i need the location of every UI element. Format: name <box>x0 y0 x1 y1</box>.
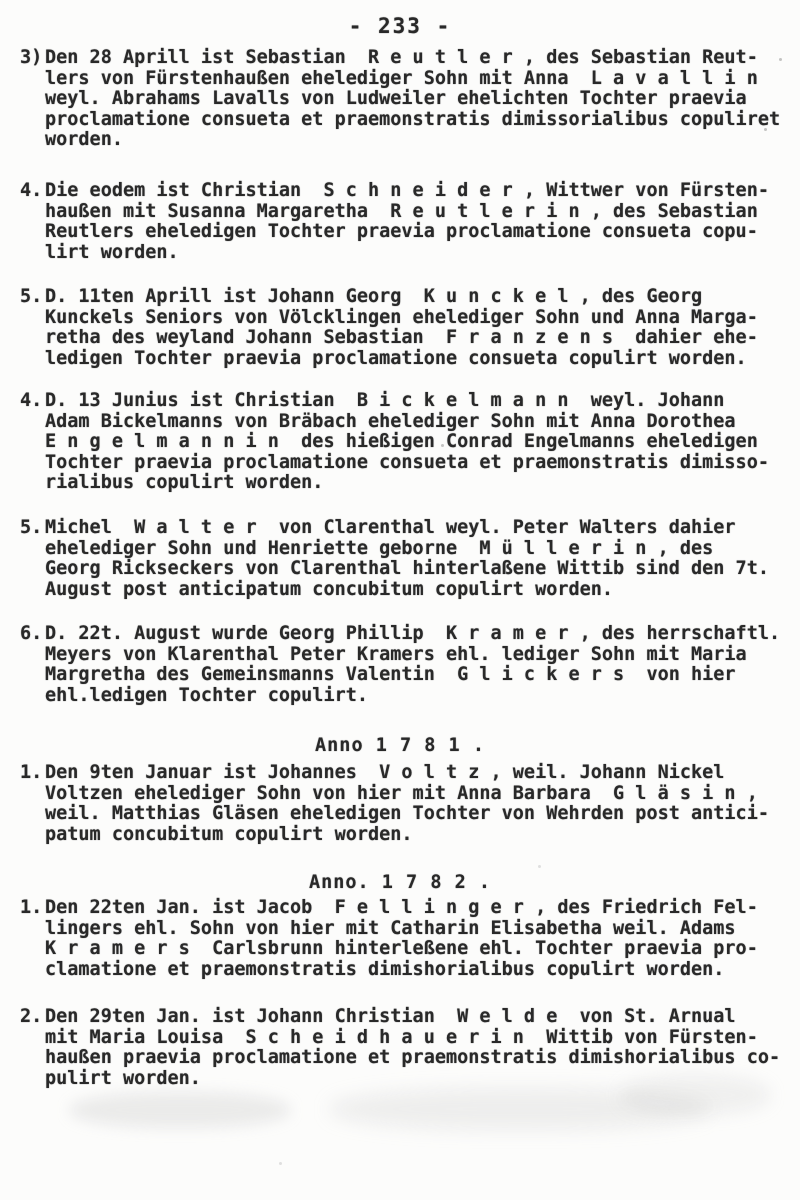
entry-line: weil. Matthias Gläsen eheledigen Tochter… <box>45 804 796 824</box>
entry-line: K r a m e r s Carlsbrunn hinterleßene eh… <box>45 939 796 959</box>
entry-text: D. 11ten Aprill ist Johann Georg K u n c… <box>45 287 796 369</box>
entry-line: Georg Rickseckers von Clarenthal hinterl… <box>45 559 796 579</box>
entry-line: mit Maria Louisa S c h e i d h a u e r i… <box>45 1028 796 1048</box>
entry-number: 5. <box>20 287 42 308</box>
entry-text: Den 28 Aprill ist Sebastian R e u t l e … <box>45 48 796 151</box>
entry-line: Tochter praevia proclamatione consueta e… <box>45 453 796 473</box>
register-entry: 2.Den 29ten Jan. ist Johann Christian W … <box>0 1007 800 1089</box>
entry-line: Meyers von Klarenthal Peter Kramers ehl.… <box>45 645 796 665</box>
register-entry: 4.Die eodem ist Christian S c h n e i d … <box>0 181 800 263</box>
scanned-register-page: - 233 -3)Den 28 Aprill ist Sebastian R e… <box>0 0 800 1200</box>
scan-speck <box>538 865 541 868</box>
entry-number: 4. <box>20 391 42 412</box>
register-entry: 5.D. 11ten Aprill ist Johann Georg K u n… <box>0 287 800 369</box>
entry-line: ehelediger Sohn und Henriette geborne M … <box>45 539 796 559</box>
entry-number: 4. <box>20 181 42 202</box>
register-entry: 1.Den 9ten Januar ist Johannes V o l t z… <box>0 763 800 845</box>
register-entry: 5.Michel W a l t e r von Clarenthal weyl… <box>0 518 800 600</box>
entry-line: E n g e l m a n n i n des hießigen Conra… <box>45 432 796 452</box>
entry-line: ehl.ledigen Tochter copulirt. <box>45 686 796 706</box>
entry-line: rialibus copulirt worden. <box>45 473 796 493</box>
entry-line: August post anticipatum concubitum copul… <box>45 580 796 600</box>
entry-line: weyl. Abrahams Lavalls von Ludweiler ehe… <box>45 89 796 109</box>
entry-line: D. 11ten Aprill ist Johann Georg K u n c… <box>45 287 796 307</box>
register-entry: 1.Den 22ten Jan. ist Jacob F e l l i n g… <box>0 898 800 980</box>
entry-line: Michel W a l t e r von Clarenthal weyl. … <box>45 518 796 538</box>
scan-smudge <box>330 1088 710 1130</box>
entry-line: Voltzen ehelediger Sohn von hier mit Ann… <box>45 784 796 804</box>
entry-line: Kunckels Seniors von Völcklingen eheledi… <box>45 308 796 328</box>
entry-line: Den 9ten Januar ist Johannes V o l t z ,… <box>45 763 796 783</box>
scan-smudge <box>70 1092 290 1128</box>
entry-text: Den 22ten Jan. ist Jacob F e l l i n g e… <box>45 898 796 980</box>
entry-line: D. 13 Junius ist Christian B i c k e l m… <box>45 391 796 411</box>
entry-line: Adam Bickelmanns von Bräbach ehelediger … <box>45 412 796 432</box>
entry-number: 1. <box>20 763 42 784</box>
entry-number: 3) <box>20 48 42 69</box>
entry-line: haußen mit Susanna Margaretha R e u t l … <box>45 202 796 222</box>
year-heading: Anno. 1 7 8 2 . <box>0 872 800 893</box>
entry-number: 1. <box>20 898 42 919</box>
entry-line: Den 29ten Jan. ist Johann Christian W e … <box>45 1007 796 1027</box>
entry-text: D. 13 Junius ist Christian B i c k e l m… <box>45 391 796 494</box>
entry-line: Den 28 Aprill ist Sebastian R e u t l e … <box>45 48 796 68</box>
entry-text: Die eodem ist Christian S c h n e i d e … <box>45 181 796 263</box>
register-entry: 6.D. 22t. August wurde Georg Phillip K r… <box>0 624 800 706</box>
entry-line: retha des weyland Johann Sebastian F r a… <box>45 328 796 348</box>
register-entry: 4.D. 13 Junius ist Christian B i c k e l… <box>0 391 800 494</box>
page-number: - 233 - <box>0 14 800 38</box>
entry-line: ledigen Tochter praevia proclamatione co… <box>45 349 796 369</box>
entry-line: lirt worden. <box>45 243 796 263</box>
register-entry: 3)Den 28 Aprill ist Sebastian R e u t l … <box>0 48 800 151</box>
entry-line: lers von Fürstenhaußen ehelediger Sohn m… <box>45 69 796 89</box>
scan-speck <box>279 1162 282 1165</box>
entry-line: pulirt worden. <box>45 1069 796 1089</box>
entry-line: D. 22t. August wurde Georg Phillip K r a… <box>45 624 796 644</box>
entry-number: 6. <box>20 624 42 645</box>
entry-number: 5. <box>20 518 42 539</box>
year-heading: Anno 1 7 8 1 . <box>0 735 800 756</box>
entry-line: worden. <box>45 130 796 150</box>
entry-line: lingers ehl. Sohn von hier mit Catharin … <box>45 919 796 939</box>
entry-line: proclamatione consueta et praemonstratis… <box>45 110 796 130</box>
entry-number: 2. <box>20 1007 42 1028</box>
entry-line: Reutlers eheledigen Tochter praevia proc… <box>45 222 796 242</box>
entry-text: D. 22t. August wurde Georg Phillip K r a… <box>45 624 796 706</box>
entry-text: Michel W a l t e r von Clarenthal weyl. … <box>45 518 796 600</box>
entry-line: Margretha des Gemeinsmanns Valentin G l … <box>45 665 796 685</box>
entry-line: haußen praevia proclamatione et praemons… <box>45 1048 796 1068</box>
entry-line: Die eodem ist Christian S c h n e i d e … <box>45 181 796 201</box>
entry-line: Den 22ten Jan. ist Jacob F e l l i n g e… <box>45 898 796 918</box>
entry-text: Den 29ten Jan. ist Johann Christian W e … <box>45 1007 796 1089</box>
entry-text: Den 9ten Januar ist Johannes V o l t z ,… <box>45 763 796 845</box>
entry-line: clamatione et praemonstratis dimishorial… <box>45 960 796 980</box>
entry-line: patum concubitum copulirt worden. <box>45 825 796 845</box>
